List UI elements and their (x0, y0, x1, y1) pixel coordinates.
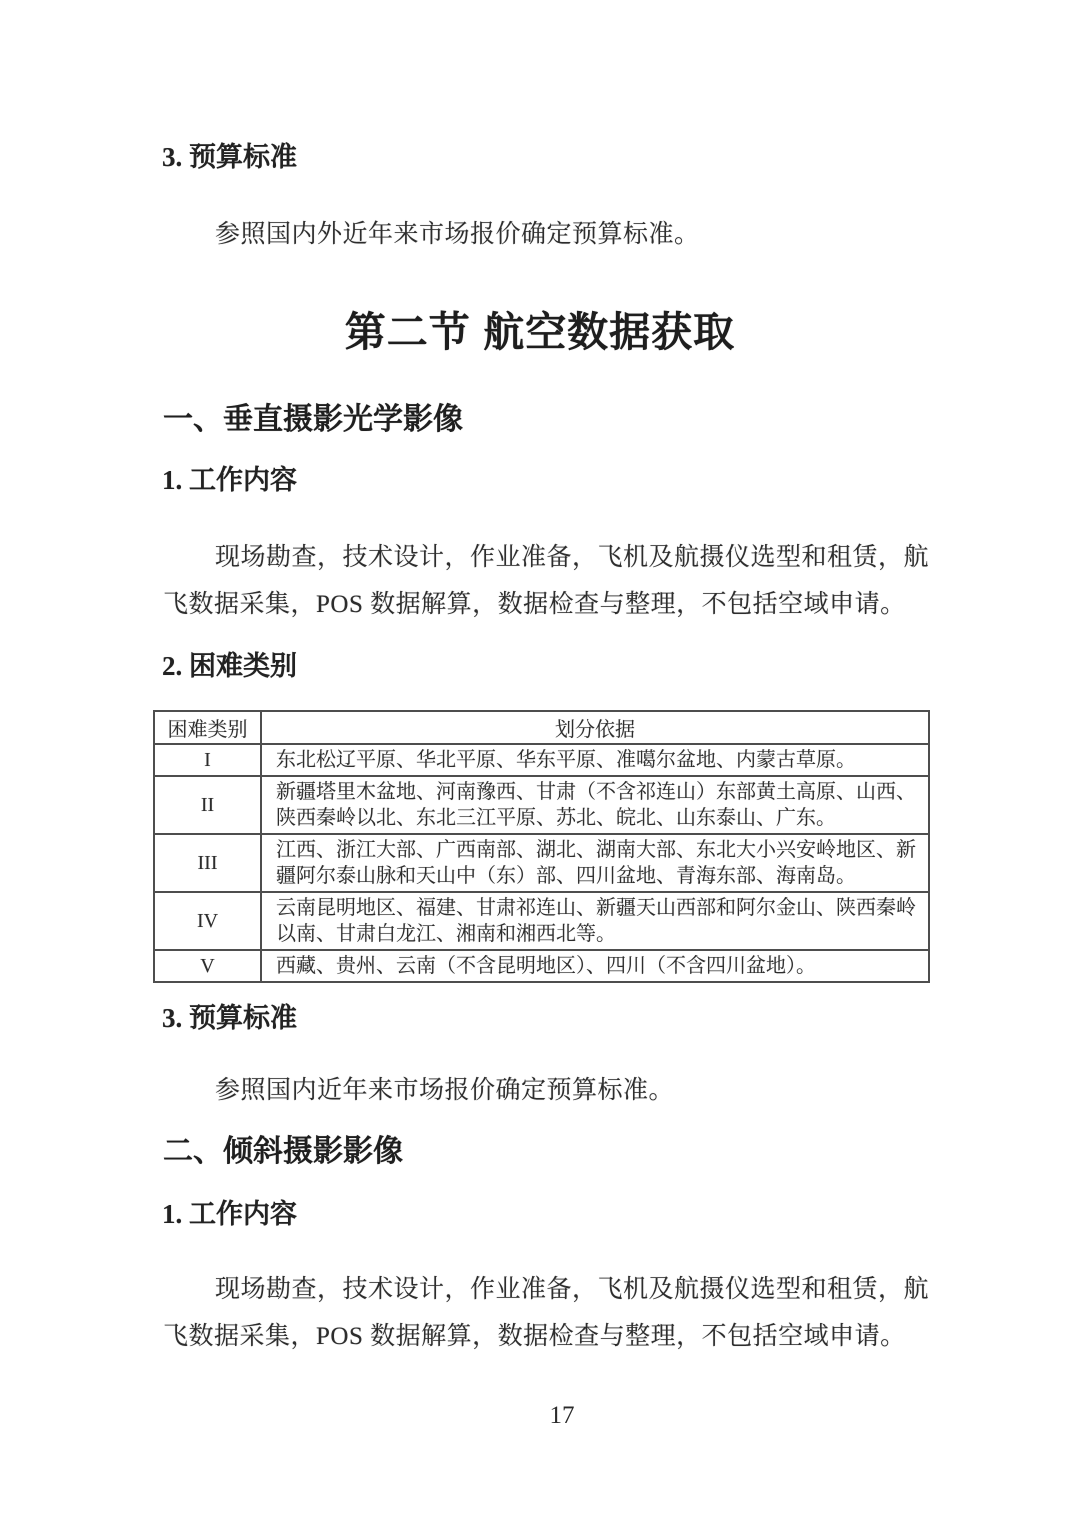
table-cell-category: I (154, 744, 261, 776)
table-cell-category: II (154, 776, 261, 834)
chapter-title: 第二节 航空数据获取 (0, 308, 1080, 356)
table-row: IV 云南昆明地区、福建、甘肃祁连山、新疆天山西部和阿尔金山、陕西秦岭以南、甘肃… (154, 892, 929, 950)
paragraph-line: 飞数据采集，POS 数据解算，数据检查与整理，不包括空域申请。 (163, 1313, 953, 1360)
paragraph-line: 现场勘查，技术设计，作业准备，飞机及航摄仪选型和租赁，航 (163, 1266, 953, 1313)
table-row: II 新疆塔里木盆地、河南豫西、甘肃（不含祁连山）东部黄土高原、山西、陕西秦岭以… (154, 776, 929, 834)
table-cell-basis: 新疆塔里木盆地、河南豫西、甘肃（不含祁连山）东部黄土高原、山西、陕西秦岭以北、东… (261, 776, 929, 834)
page-number: 17 (0, 1402, 1080, 1430)
heading-budget-standard-top: 3. 预算标准 (162, 141, 297, 173)
paragraph-line: 飞数据采集，POS 数据解算，数据检查与整理，不包括空域申请。 (163, 581, 953, 628)
paragraph-line: 现场勘查，技术设计，作业准备，飞机及航摄仪选型和租赁，航 (163, 534, 953, 581)
table-cell-category: III (154, 834, 261, 892)
heading-difficulty-category: 2. 困难类别 (162, 650, 297, 682)
table-row: V 西藏、贵州、云南（不含昆明地区）、四川（不含四川盆地）。 (154, 950, 929, 982)
table-cell-basis: 西藏、贵州、云南（不含昆明地区）、四川（不含四川盆地）。 (261, 950, 929, 982)
table-cell-category: IV (154, 892, 261, 950)
heading-work-content-2: 1. 工作内容 (162, 1198, 297, 1230)
table-cell-category: V (154, 950, 261, 982)
paragraph-text: 参照国内近年来市场报价确定预算标准。 (163, 1067, 943, 1114)
paragraph-work-content-2: 现场勘查，技术设计，作业准备，飞机及航摄仪选型和租赁，航 飞数据采集，POS 数… (163, 1266, 953, 1360)
heading-budget-standard-1: 3. 预算标准 (162, 1002, 297, 1034)
heading-work-content-1: 1. 工作内容 (162, 464, 297, 496)
table-header-row: 困难类别 划分依据 (154, 711, 929, 744)
section-heading-vertical-photography: 一、垂直摄影光学影像 (163, 402, 463, 438)
table-cell-basis: 云南昆明地区、福建、甘肃祁连山、新疆天山西部和阿尔金山、陕西秦岭以南、甘肃白龙江… (261, 892, 929, 950)
section-heading-oblique-photography: 二、倾斜摄影影像 (163, 1134, 403, 1170)
difficulty-table: 困难类别 划分依据 I 东北松辽平原、华北平原、华东平原、准噶尔盆地、内蒙古草原… (153, 710, 930, 983)
table-cell-basis: 江西、浙江大部、广西南部、湖北、湖南大部、东北大小兴安岭地区、新疆阿尔泰山脉和天… (261, 834, 929, 892)
paragraph-text: 参照国内外近年来市场报价确定预算标准。 (163, 211, 943, 258)
document-page: 3. 预算标准 参照国内外近年来市场报价确定预算标准。 第二节 航空数据获取 一… (0, 0, 1080, 1527)
paragraph-work-content-1: 现场勘查，技术设计，作业准备，飞机及航摄仪选型和租赁，航 飞数据采集，POS 数… (163, 534, 953, 628)
table-header-basis: 划分依据 (261, 711, 929, 744)
table-row: I 东北松辽平原、华北平原、华东平原、准噶尔盆地、内蒙古草原。 (154, 744, 929, 776)
paragraph-budget-reference-1: 参照国内近年来市场报价确定预算标准。 (163, 1067, 943, 1114)
table-cell-basis: 东北松辽平原、华北平原、华东平原、准噶尔盆地、内蒙古草原。 (261, 744, 929, 776)
table-row: III 江西、浙江大部、广西南部、湖北、湖南大部、东北大小兴安岭地区、新疆阿尔泰… (154, 834, 929, 892)
paragraph-budget-reference-top: 参照国内外近年来市场报价确定预算标准。 (163, 211, 943, 258)
table-header-category: 困难类别 (154, 711, 261, 744)
